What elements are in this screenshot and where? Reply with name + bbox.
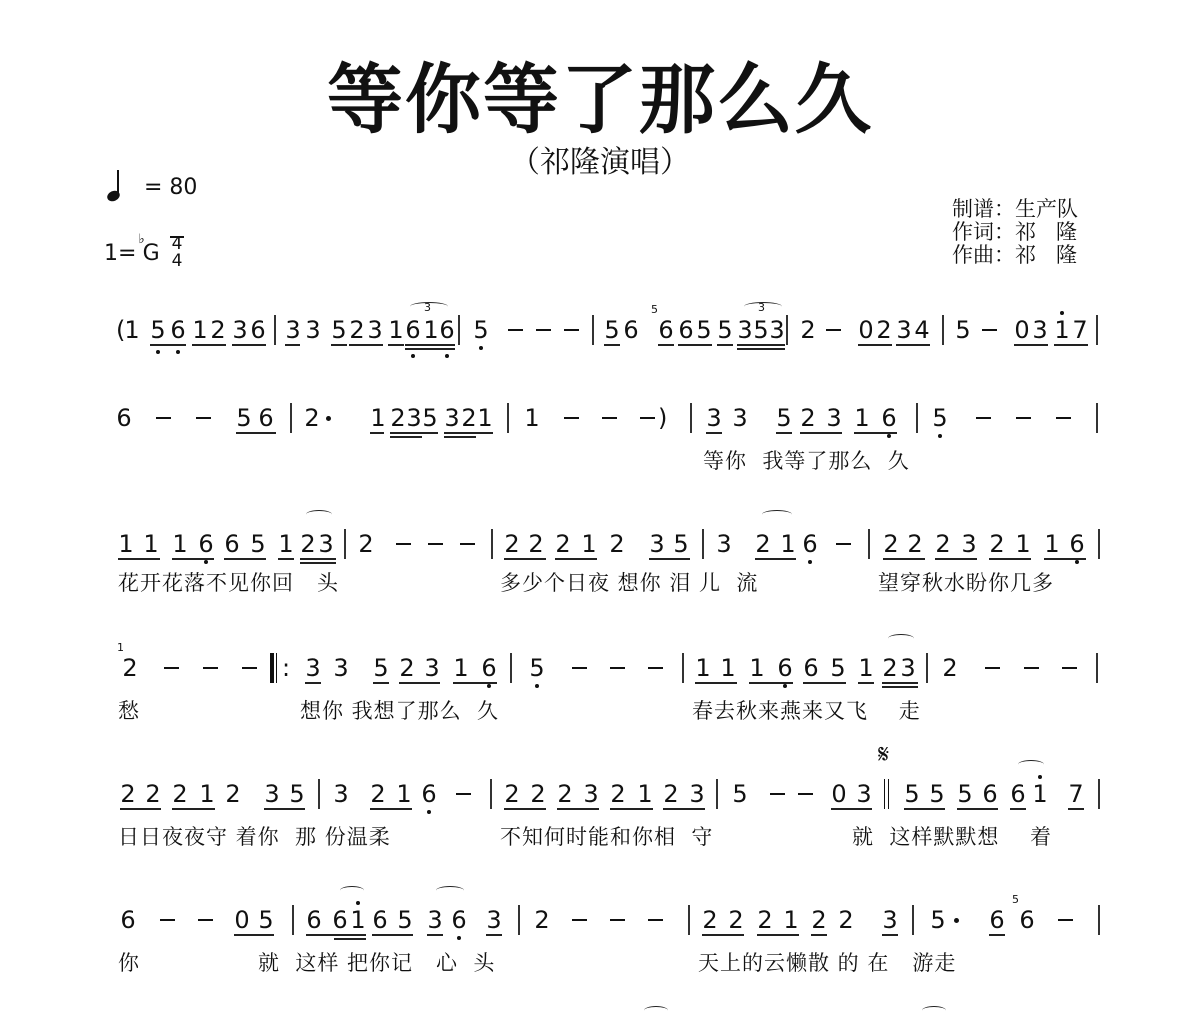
jianpu-note: 5 [258, 908, 274, 932]
jianpu-note: 5 [236, 406, 252, 430]
beam-underline [405, 348, 455, 350]
repeat-start-barline [270, 653, 277, 683]
slur [922, 1006, 946, 1015]
barline [1096, 653, 1098, 683]
beam-underline [305, 682, 321, 684]
barline [592, 315, 594, 345]
beam-underline [854, 432, 897, 434]
credit-transcriber: 制谱：生产队 [952, 198, 1078, 221]
sustain-dash [156, 417, 171, 419]
credits: 制谱：生产队 作词：祁 隆 作曲：祁 隆 [952, 198, 1078, 267]
tempo-marking: = 80 [104, 170, 197, 204]
low-octave-dot [808, 560, 812, 564]
sustain-dash [203, 667, 218, 669]
sustain-dash [982, 329, 997, 331]
jianpu-note: 3 [826, 406, 842, 430]
jianpu-note: 3 [769, 318, 785, 342]
beam-underline [1054, 344, 1088, 346]
lyric-line: 等你 我等了那么 久 [703, 450, 910, 472]
beam-underline [278, 558, 294, 560]
beam-underline [776, 432, 792, 434]
jianpu-note: 7 [1072, 318, 1088, 342]
sustain-dash [1016, 417, 1031, 419]
credit-lyricist: 作词：祁 隆 [952, 221, 1078, 244]
jianpu-note: 2 [610, 782, 626, 806]
jianpu-note: 2 [882, 656, 898, 680]
jianpu-note: 2 [530, 782, 546, 806]
jianpu-note: 3 [305, 318, 321, 342]
jianpu-note: 6 [989, 908, 1005, 932]
jianpu-note: 2 [120, 782, 136, 806]
jianpu-note: 3 [961, 532, 977, 556]
jianpu-note: 2 [210, 318, 226, 342]
low-octave-dot [938, 434, 942, 438]
jianpu-note: 2 [528, 532, 544, 556]
beam-underline [334, 934, 366, 936]
beam-underline [555, 558, 597, 560]
jianpu-note: 2 [304, 406, 320, 430]
beam-underline [706, 432, 722, 434]
jianpu-note: 2 [907, 532, 923, 556]
jianpu-note: 2 [555, 532, 571, 556]
slur [762, 510, 792, 519]
jianpu-note: 6 [372, 908, 388, 932]
jianpu-note: 6 [116, 406, 132, 430]
barline [912, 905, 914, 935]
jianpu-note: 1 [143, 532, 159, 556]
low-octave-dot [535, 684, 539, 688]
low-octave-dot [1075, 560, 1079, 564]
jianpu-note: 3 [737, 318, 753, 342]
jianpu-note: 5 [473, 318, 489, 342]
sustain-dash [602, 417, 617, 419]
sustain-dash [1062, 667, 1077, 669]
grace-note: 5 [651, 304, 658, 315]
beam-underline [882, 934, 898, 936]
jianpu-note: 6 [777, 656, 793, 680]
beam-underline [755, 558, 796, 560]
barline [1096, 315, 1098, 345]
jianpu-note: 2 [663, 782, 679, 806]
double-barline [884, 779, 889, 809]
beam-underline [172, 558, 214, 560]
jianpu-note: 1 [695, 656, 711, 680]
jianpu-note: 2 [800, 406, 816, 430]
lyric-line: 天上的云懒散 的 在 游走 [698, 952, 956, 974]
beam-underline [858, 682, 874, 684]
slur [340, 886, 364, 895]
jianpu-note: 3 [706, 406, 722, 430]
jianpu-note: 6 [1010, 782, 1026, 806]
barline [1098, 529, 1100, 559]
jianpu-note: 5 [696, 318, 712, 342]
sustain-dash [826, 329, 841, 331]
jianpu-note: 2 [461, 406, 477, 430]
jianpu-note: 1 [581, 532, 597, 556]
lyric-line: 你 [118, 952, 140, 974]
jianpu-note: 5 [929, 782, 945, 806]
jianpu-note: 5 [955, 318, 971, 342]
jianpu-note: 3 [583, 782, 599, 806]
jianpu-note: 2 [358, 532, 374, 556]
sustain-dash [648, 919, 663, 921]
beam-underline [957, 808, 998, 810]
beam-underline [300, 562, 336, 564]
beam-underline [388, 344, 404, 346]
sustain-dash [198, 919, 213, 921]
lyric-line: 就 这样 把你记 心 头 [258, 952, 495, 974]
beam-underline [370, 432, 384, 434]
sustain-dash [610, 667, 625, 669]
beam-underline [757, 934, 799, 936]
jianpu-note: 5 [930, 908, 946, 932]
slur [888, 634, 914, 643]
jianpu-note: 6 [481, 656, 497, 680]
jianpu-note: 0 [858, 318, 874, 342]
jianpu-note: 2 [504, 782, 520, 806]
grace-note: 1 [117, 642, 124, 653]
jianpu-note: 6 [258, 406, 274, 430]
jianpu-note: 2 [942, 656, 958, 680]
jianpu-note: 3 [649, 532, 665, 556]
jianpu-note: 5 [331, 318, 347, 342]
jianpu-note: 6 [802, 532, 818, 556]
jianpu-note: 2 [609, 532, 625, 556]
beam-underline [373, 682, 389, 684]
jianpu-note: 0 [234, 908, 250, 932]
lyric-line: 愁 [118, 700, 140, 722]
sustain-dash [164, 667, 179, 669]
barline [690, 403, 692, 433]
barline [458, 315, 460, 345]
sustain-dash [564, 329, 579, 331]
augmentation-dot [326, 416, 331, 421]
jianpu-note: 2 [989, 532, 1005, 556]
lyric-line: 日日夜夜守 着你 那 份温柔 [118, 826, 391, 848]
sustain-dash [536, 329, 551, 331]
beam-underline [800, 432, 842, 434]
jianpu-note: 2 [145, 782, 161, 806]
jianpu-note: 6 [170, 318, 186, 342]
jianpu-note: 3 [444, 406, 460, 430]
beam-underline [334, 938, 366, 940]
jianpu-note: 1 [1054, 318, 1070, 342]
jianpu-note: 6 [451, 908, 467, 932]
beam-underline [285, 344, 300, 346]
flat-icon: ♭ [138, 232, 144, 247]
beam-underline [331, 344, 347, 346]
jianpu-note: 2 [557, 782, 573, 806]
jianpu-note: 1 [637, 782, 653, 806]
jianpu-note: 6 [678, 318, 694, 342]
sustain-dash [396, 543, 411, 545]
jianpu-note: 1 [854, 406, 870, 430]
beam-underline [610, 808, 653, 810]
beam-underline [390, 436, 422, 438]
slur [744, 302, 782, 311]
jianpu-note: 6 [439, 318, 455, 342]
beam-underline [405, 344, 455, 346]
jianpu-note: 2 [800, 318, 816, 342]
lyric-line: 春去秋来燕来又飞 走 [692, 700, 921, 722]
high-octave-dot [356, 901, 360, 905]
jianpu-note: 1 [720, 656, 736, 680]
jianpu-note: 6 [332, 908, 348, 932]
jianpu-note: 2 [755, 532, 771, 556]
barline [290, 403, 292, 433]
beam-underline [1044, 558, 1086, 560]
beam-underline [390, 432, 438, 434]
beam-underline [883, 558, 925, 560]
barline [518, 905, 520, 935]
key-note: G [143, 241, 160, 266]
jianpu-note: 4 [914, 318, 930, 342]
jianpu-note: 1 [477, 406, 493, 430]
beam-underline [803, 682, 846, 684]
beam-underline [935, 558, 977, 560]
tempo-value: = 80 [144, 175, 197, 200]
jianpu-note: 2 [504, 532, 520, 556]
jianpu-note: 6 [306, 908, 322, 932]
jianpu-note: 3 [406, 406, 422, 430]
low-octave-dot [457, 936, 461, 940]
beam-underline [427, 934, 443, 936]
beam-underline [234, 934, 274, 936]
lyric-line: 不知何时能和你相 守 [500, 826, 713, 848]
grace-note: 5 [1012, 894, 1019, 905]
jianpu-note: 1 [118, 532, 134, 556]
beam-underline [737, 344, 785, 346]
jianpu-note: 0 [831, 782, 847, 806]
sustain-dash [648, 667, 663, 669]
beam-underline [118, 558, 160, 560]
beam-underline [749, 682, 793, 684]
beam-underline [831, 808, 872, 810]
beam-underline [678, 344, 712, 346]
jianpu-note: 3 [486, 908, 502, 932]
jianpu-note: 3 [232, 318, 248, 342]
repeat-paren-close: ) [658, 406, 667, 430]
jianpu-note: 3 [333, 782, 349, 806]
low-octave-dot [783, 684, 787, 688]
beam-underline [1068, 808, 1084, 810]
barline [916, 403, 918, 433]
jianpu-note: 6 [658, 318, 674, 342]
barline [942, 315, 944, 345]
sustain-dash [770, 793, 785, 795]
slur [306, 510, 332, 519]
barline [702, 529, 704, 559]
beam-underline [370, 808, 412, 810]
low-octave-dot [445, 354, 449, 358]
jianpu-note: 2 [876, 318, 892, 342]
jianpu-note: 1 [453, 656, 469, 680]
beam-underline [236, 432, 276, 434]
low-octave-dot [411, 354, 415, 358]
jianpu-note: 3 [896, 318, 912, 342]
low-octave-dot [427, 810, 431, 814]
sustain-dash [564, 417, 579, 419]
jianpu-note: 5 [289, 782, 305, 806]
beam-underline [882, 682, 918, 684]
jianpu-note: 1 [124, 318, 140, 342]
low-octave-dot [487, 684, 491, 688]
jianpu-note: 3 [882, 908, 898, 932]
low-octave-dot [479, 346, 483, 350]
sustain-dash [1056, 417, 1071, 419]
jianpu-note: 2 [702, 908, 718, 932]
barline [1098, 779, 1100, 809]
beam-underline [649, 558, 690, 560]
jianpu-note: 1 [1044, 532, 1060, 556]
beam-underline [150, 344, 186, 346]
beam-underline [399, 682, 440, 684]
jianpu-note: 5 [957, 782, 973, 806]
lyric-line: 就 这样默默想 着 [852, 826, 1052, 848]
beam-underline [604, 344, 620, 346]
jianpu-note: 1 [350, 908, 366, 932]
beam-underline [486, 934, 502, 936]
barline [344, 529, 346, 559]
jianpu-note: 5 [753, 318, 769, 342]
beam-underline [349, 344, 383, 346]
sustain-dash [640, 417, 655, 419]
jianpu-note: 1 [1015, 532, 1031, 556]
lyric-line: 多少个日夜 想你 泪 儿 流 [500, 572, 758, 594]
jianpu-note: 2 [811, 908, 827, 932]
song-title: 等你等了那么久 [0, 62, 1200, 138]
jianpu-note: 6 [405, 318, 421, 342]
barline [682, 653, 684, 683]
jianpu-note: 2 [757, 908, 773, 932]
jianpu-note: 1 [749, 656, 765, 680]
sustain-dash [508, 329, 523, 331]
credit-composer: 作曲：祁 隆 [952, 244, 1078, 267]
beam-underline [444, 436, 476, 438]
beam-underline [1010, 808, 1026, 810]
beam-underline [663, 808, 705, 810]
barline [1098, 905, 1100, 935]
jianpu-note: 1 [858, 656, 874, 680]
low-octave-dot [204, 560, 208, 564]
barline [926, 653, 928, 683]
jianpu-note: 6 [421, 782, 437, 806]
sustain-dash [985, 667, 1000, 669]
slur [436, 886, 464, 895]
barline [491, 529, 493, 559]
barline [868, 529, 870, 559]
beam-underline [264, 808, 305, 810]
jianpu-note: 3 [716, 532, 732, 556]
jianpu-note: 3 [856, 782, 872, 806]
jianpu-note: 1 [524, 406, 540, 430]
beam-underline [444, 432, 493, 434]
quarter-note-icon [104, 170, 126, 204]
jianpu-note: 2 [838, 908, 854, 932]
barline [688, 905, 690, 935]
jianpu-note: 2 [390, 406, 406, 430]
jianpu-note: 1 [370, 406, 386, 430]
beam-underline [557, 808, 599, 810]
beam-underline [172, 808, 215, 810]
barline [1096, 403, 1098, 433]
segno-icon: 𝄋 [878, 740, 889, 771]
beam-underline [232, 344, 266, 346]
jianpu-note: 5 [250, 532, 266, 556]
barline [507, 403, 509, 433]
beam-underline [904, 808, 945, 810]
jianpu-note: 2 [225, 782, 241, 806]
jianpu-note: 7 [1068, 782, 1084, 806]
jianpu-note: 3 [1032, 318, 1048, 342]
sustain-dash [610, 919, 625, 921]
jianpu-note: 1 [1032, 782, 1048, 806]
jianpu-note: 3 [333, 656, 349, 680]
sustain-dash [836, 543, 851, 545]
jianpu-note: 2 [370, 782, 386, 806]
repeat-colon: : [282, 656, 290, 680]
beam-underline [300, 558, 336, 560]
jianpu-note: 5 [776, 406, 792, 430]
jianpu-note: 5 [150, 318, 166, 342]
slur [410, 302, 448, 311]
barline [490, 779, 492, 809]
jianpu-note: 1 [172, 532, 188, 556]
lyric-line: 望穿秋水盼你几多 [878, 572, 1054, 594]
low-octave-dot [156, 350, 160, 354]
beam-underline [1014, 344, 1048, 346]
sustain-dash [572, 919, 587, 921]
beam-underline [882, 686, 918, 688]
beam-underline [658, 344, 674, 346]
key-prefix: 1= [104, 241, 136, 266]
jianpu-note: 3 [285, 318, 301, 342]
jianpu-note: 6 [881, 406, 897, 430]
jianpu-note: 3 [900, 656, 916, 680]
jianpu-note: 5 [732, 782, 748, 806]
beam-underline [858, 344, 892, 346]
jianpu-note: 2 [172, 782, 188, 806]
sustain-dash [428, 543, 443, 545]
beam-underline [504, 808, 546, 810]
barline [318, 779, 320, 809]
beam-underline [717, 344, 733, 346]
jianpu-note: 6 [803, 656, 819, 680]
barline [716, 779, 718, 809]
jianpu-note: 6 [623, 318, 639, 342]
sustain-dash [196, 417, 211, 419]
time-signature: 4 4 [172, 236, 183, 270]
jianpu-note: 3 [367, 318, 383, 342]
sustain-dash [976, 417, 991, 419]
barline [510, 653, 512, 683]
jianpu-note: 3 [318, 532, 334, 556]
slur [644, 1006, 668, 1015]
jianpu-note: 5 [717, 318, 733, 342]
jianpu-note: 6 [250, 318, 266, 342]
jianpu-note: 2 [399, 656, 415, 680]
jianpu-note: 2 [300, 532, 316, 556]
jianpu-note: 6 [1069, 532, 1085, 556]
lyric-line: 想你 我想了那么 久 [300, 700, 499, 722]
beam-underline [192, 344, 226, 346]
jianpu-note: 5 [673, 532, 689, 556]
high-octave-dot [1038, 775, 1042, 779]
beam-underline [896, 344, 930, 346]
jianpu-note: 1 [423, 318, 439, 342]
jianpu-note: 2 [122, 656, 138, 680]
jianpu-note: 1 [388, 318, 404, 342]
